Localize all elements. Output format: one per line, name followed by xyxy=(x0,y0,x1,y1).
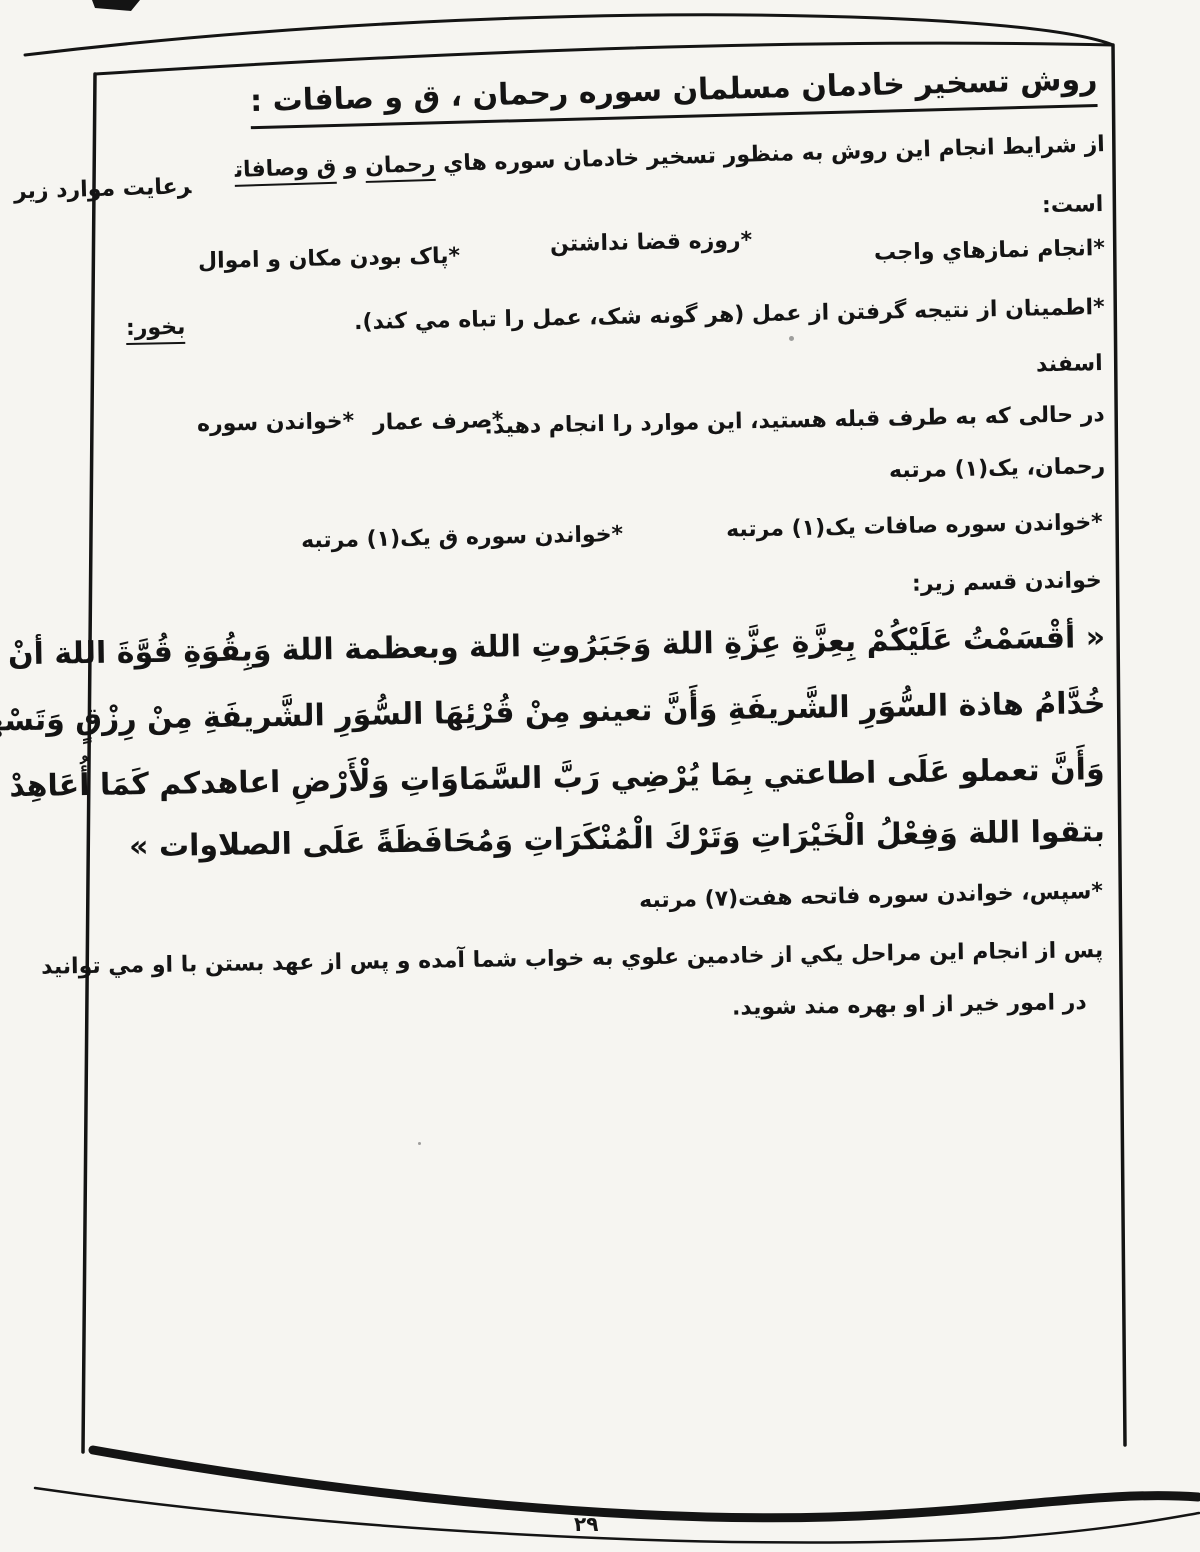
oath-line: بتقوا اللة وَفِعْلُ الْخَيْرَاتِ وَتَرْك… xyxy=(129,814,1105,864)
intro-conjunction: و xyxy=(336,154,366,180)
intro-tail: رعايت موارد زير xyxy=(14,174,192,204)
top-left-ink-mark xyxy=(92,0,140,11)
qibla-instruction: در حالی که به طرف قبله هستید، این موارد … xyxy=(484,402,1105,439)
condition-item: *انجام نمازهاي واجب xyxy=(874,236,1105,266)
condition-item: *پاک بودن مکان و اموال xyxy=(198,244,460,274)
page-number: ۲۹ xyxy=(574,1512,598,1536)
oath-line: « أقْسَمْتُ عَلَيْكُمْ بِعِزَّةِ عِزَّةِ… xyxy=(0,620,1105,674)
reading-item: *خواندن سوره صافات یک(۱) مرتبه xyxy=(726,510,1103,543)
oath-heading: خواندن قسم زیر: xyxy=(912,568,1102,597)
oath-line: وَأَنَّ تعملو عَلَى اطاعتي بِمَا يُرْضِي… xyxy=(0,752,1105,806)
bottom-thin-curve xyxy=(35,1488,1199,1542)
intro-line: از شرايط انجام اين روش به منظور تسخير خا… xyxy=(13,132,1105,189)
bottom-thick-curve xyxy=(93,1450,1198,1518)
incense-label: بخور: xyxy=(126,315,186,345)
condition-item: *روزه قضا نداشتن xyxy=(550,228,753,257)
scan-speckle xyxy=(418,1142,421,1145)
qibla-item-sura-start: *خواندن سوره xyxy=(197,409,355,437)
intro-pre: از شرايط انجام اين روش به منظور تسخير خا… xyxy=(435,132,1105,177)
incense-value: اسفند xyxy=(1036,351,1103,377)
intro-verb: است: xyxy=(1041,192,1103,218)
certainty-note: *اطمينان از نتيجه گرفتن از عمل (هر گونه … xyxy=(354,295,1105,335)
closing-line: در امور خیر از او بهره مند شوید. xyxy=(732,990,1087,1021)
intro-sura-rahman: رحمان xyxy=(365,152,436,183)
scan-speckle xyxy=(789,336,794,341)
reading-item: *خواندن سوره ق یک(۱) مرتبه xyxy=(301,522,623,553)
scanned-page: روش تسخير خادمان مسلمان سوره رحمان ، ق و… xyxy=(0,0,1200,1552)
qibla-item-sura-continuation: رحمان، یک(۱) مرتبه xyxy=(889,454,1106,483)
right-border-line xyxy=(1113,45,1125,1445)
oath-line: خُدَّامُ هاذة السُّوَرِ الشَّريفَةِ وَأَ… xyxy=(0,686,1105,740)
fatiha-note: *سپس، خواندن سوره فاتحه هفت(۷) مرتبه xyxy=(639,879,1103,913)
top-arc-line xyxy=(25,15,1113,55)
qibla-item-amber: *صرف عمار xyxy=(372,408,503,436)
page-title: روش تسخير خادمان مسلمان سوره رحمان ، ق و… xyxy=(249,62,1097,129)
intro-sura-qaf-saffat: ق وصافات xyxy=(235,155,337,187)
closing-line: پس از انجام این مراحل یکي از خادمین علوي… xyxy=(41,938,1103,980)
left-border-line xyxy=(83,74,95,1452)
